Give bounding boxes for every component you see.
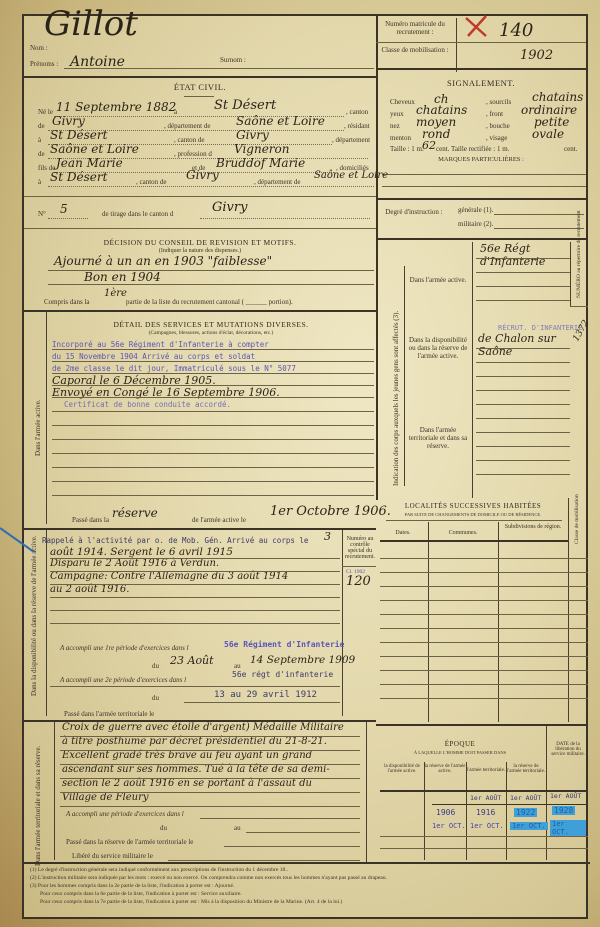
mere-value: Bruddof Marie xyxy=(216,156,305,170)
taille-rect-unit: cent. xyxy=(564,145,577,153)
localites-col-dates: Dates. xyxy=(378,530,428,536)
footnote-2: (2) L'instruction militaire sera indiqué… xyxy=(30,874,586,882)
libere-label: Libéré du service militaire le xyxy=(72,852,153,860)
taille-rect-label: cent. Taille rectifiée : 1 m. xyxy=(436,145,509,153)
services-side-label: Dans l'armée active. xyxy=(34,399,42,456)
dispo-label: Dans la disponibilité ou dans la réserve… xyxy=(406,336,470,360)
reserve-line5: au 2 août 1916. xyxy=(50,584,129,595)
cheveux-label: Cheveux xyxy=(390,98,415,106)
front-label: , front xyxy=(486,110,503,118)
periode1-au-label: au xyxy=(234,662,241,670)
departement2-label: , département xyxy=(332,136,370,144)
residence-value: St Désert xyxy=(50,128,107,142)
localites-col-subdivisions: Subdivisions de région. xyxy=(498,524,568,530)
epoque-territoriale-top: 1er AOÛT xyxy=(470,794,501,802)
visage-label: , visage xyxy=(486,134,507,142)
passe-reserve-value: réserve xyxy=(112,506,158,520)
conseil-line2: Bon en 1904 xyxy=(84,270,161,284)
surnom-label: Surnom : xyxy=(220,56,246,64)
epoque-reserve-terr-top: 1er AOÛT xyxy=(510,794,541,802)
compris-rest: partie de la liste du recrutement canton… xyxy=(126,298,293,306)
instruction-generale-label: générale (1). xyxy=(458,206,493,214)
tirage-no-label: N° xyxy=(38,210,46,218)
lieu-naissance-value: St Désert xyxy=(214,98,276,113)
a2-label: à xyxy=(38,136,41,144)
a-label: à xyxy=(174,108,177,116)
passe-reserve-rest: de l'armée active le xyxy=(192,516,246,524)
epoque-subtitle: À LAQUELLE L'HOMME DOIT PASSER DANS xyxy=(378,750,542,755)
domicile-value: St Désert xyxy=(50,170,107,184)
degre-instruction-label: Degré d'instruction : xyxy=(380,208,448,216)
passe-territoriale-label: Passé dans l'armée territoriale le xyxy=(64,710,154,718)
epoque-territoriale-year: 1916 xyxy=(476,808,495,817)
etat-civil-title: ÉTAT CIVIL. xyxy=(24,82,376,92)
bouche-label: , bouche xyxy=(486,122,510,130)
localites-title: LOCALITÉS SUCCESSIVES HABITÉES xyxy=(378,502,568,510)
canton-naissance-value: Givry xyxy=(52,114,85,128)
epoque-territoriale-bottom: 1er OCT. xyxy=(470,822,504,830)
epoque-date-year: 1928 xyxy=(552,806,575,815)
canton3-value: Givry xyxy=(186,168,219,182)
taille-label: Taille : 1 m. xyxy=(390,145,424,153)
periode2-dates: 13 au 29 avril 1912 xyxy=(214,690,317,700)
territoriale-line3: Excellent gradé très brave au feu ayant … xyxy=(62,750,312,761)
epoque-title: ÉPOQUE xyxy=(378,740,542,748)
footnote-5: Pour ceux compris dans la 7e partie de l… xyxy=(30,898,586,906)
departement3-label: , département de xyxy=(254,178,300,186)
services-line3: de 2me classe le dit jour, Immatriculé s… xyxy=(52,364,296,373)
localites-col-communes: Communes. xyxy=(428,530,498,536)
epoque-col-dispo: la disponibilité de l'armée active. xyxy=(380,764,424,774)
services-title: DÉTAIL DES SERVICES ET MUTATIONS DIVERSE… xyxy=(46,320,376,329)
conseil-title: DÉCISION DU CONSEIL DE REVISION ET MOTIF… xyxy=(24,238,376,247)
epoque-reserve-terr-year: 1922 xyxy=(514,808,537,817)
compris-label: Compris dans la xyxy=(44,298,90,306)
epoque-date-col-label: DATE de la libération du service militai… xyxy=(548,742,588,757)
dispo-value: de Chalon sur Saône xyxy=(478,332,586,358)
tirage-no-value: 5 xyxy=(60,202,68,216)
nom-value: Gillot xyxy=(44,4,138,44)
numero-value: 140 xyxy=(499,20,533,41)
reserve-side-label: Dans la disponibilité ou dans la réserve… xyxy=(30,535,38,696)
epoque-reserve-active-year: 1906 xyxy=(436,808,455,817)
residant-label: , résidant xyxy=(344,122,370,130)
footnotes: (1) Le degré d'instruction générale sera… xyxy=(30,866,586,906)
numero-label: Numéro matricule du recrutement : xyxy=(380,20,450,36)
departement-naissance-value: Saône et Loire xyxy=(236,114,325,128)
nez-label: nez xyxy=(390,122,400,130)
departement2-value: Saône et Loire xyxy=(50,142,139,156)
periode1-au-value: 14 Septembre 1909 xyxy=(250,654,355,666)
blue-ink-stroke xyxy=(0,526,40,556)
epoque-reserve-active-bottom: 1er OCT. xyxy=(432,822,466,830)
a3-label: à xyxy=(38,178,41,186)
footnote-1: (1) Le degré d'instruction générale sera… xyxy=(30,866,586,874)
rappel-day: 3 xyxy=(324,530,331,543)
periode2-label: A accompli une 2e période d'exercices da… xyxy=(60,676,186,684)
periode1-label: A accompli une 1re période d'exercices d… xyxy=(60,644,189,652)
canton2-value: Givry xyxy=(236,128,269,142)
menton-label: menton xyxy=(390,134,411,142)
services-line2: du 15 Novembre 1904 Arrivé au corps et s… xyxy=(52,352,255,361)
periode1-du-value: 23 Août xyxy=(170,654,214,667)
reserve-line3: Disparu le 2 Août 1916 à Verdun. xyxy=(50,558,219,569)
epoque-date-top: 1er AOÛT xyxy=(550,792,581,800)
departement3-value: Saône et Loire xyxy=(314,170,388,181)
territoriale-line4: ascendant sur ses hommes. Tué à la tête … xyxy=(62,764,330,775)
epoque-col-territoriale: l'armée territoriale. xyxy=(466,768,506,773)
services-subtitle: (Campagnes, blessures, actions d'éclat, … xyxy=(46,330,376,336)
footnote-3: (3) Pour les hommes compris dans la 2e p… xyxy=(30,882,586,890)
tirage-canton-value: Givry xyxy=(212,200,247,215)
epoque-col-reserve-active: la réserve de l'armée active. xyxy=(424,764,466,774)
epoque-reserve-terr-bottom: 1er OCT. xyxy=(510,822,548,830)
visage-value: ovale xyxy=(532,127,564,141)
dispo-stamp: RÉCRUT. D'INFANTERIE xyxy=(498,324,582,332)
classe-label: Classe de mobilisation : xyxy=(380,46,450,54)
epoque-col-reserve-territoriale: la réserve de l'armée territoriale. xyxy=(506,764,546,774)
active-label: Dans l'armée active. xyxy=(406,276,470,284)
red-cross-mark xyxy=(464,14,490,40)
compris-value: 1ère xyxy=(104,288,127,299)
territoriale-reserve-label: Passé dans la réserve de l'armée territo… xyxy=(66,838,193,846)
profession-label: , profession d xyxy=(174,150,212,158)
sourcils-label: , sourcils xyxy=(486,98,511,106)
nom-label: Nom : xyxy=(30,44,48,52)
taille-value: 62 xyxy=(422,139,436,152)
marques-label: MARQUES PARTICULIÈRES : xyxy=(376,156,586,163)
reserve-line2: août 1914. Sergent le 6 avril 1915 xyxy=(50,546,233,558)
periode2-du-label: du xyxy=(152,694,159,702)
profession-value: Vigneron xyxy=(234,142,290,156)
periode1-stamp: 56e Régiment d'Infanterie xyxy=(224,640,344,649)
localites-subtitle: PAR SUITE DE CHANGEMENTS DE DOMICILE OU … xyxy=(378,512,568,517)
territoriale-du-label: du xyxy=(160,824,167,832)
territoriale-label: Dans l'armée territoriale et dans sa rés… xyxy=(406,426,470,450)
reserve-line4: Campagne: Contre l'Allemagne du 3 août 1… xyxy=(50,571,288,582)
territoriale-line6: Village de Fleury xyxy=(62,792,149,803)
pere-value: Jean Marie xyxy=(56,156,123,170)
periode2-stamp: 56e régt d'infanterie xyxy=(232,670,333,679)
tirage-label: de tirage dans le canton d xyxy=(102,210,173,218)
sourcils-value: chatains xyxy=(532,90,583,104)
ne-le-value: 11 Septembre 1882 xyxy=(56,100,176,114)
ne-le-label: Né le xyxy=(38,108,53,116)
de-label: de xyxy=(38,122,45,130)
services-line6: Certificat de bonne conduite accordé. xyxy=(64,400,231,409)
affectation-side-label: Indication des corps auxquels les jeunes… xyxy=(392,311,400,486)
epoque-date-bottom: 1er OCT. xyxy=(550,820,586,836)
conseil-line1: Ajourné à un an en 1903 "faiblesse" xyxy=(54,254,272,268)
numero-controle-label: Numéro au contrôle spécial du recrutemen… xyxy=(344,536,376,560)
territoriale-periode-label: A accompli une période d'exercices dans … xyxy=(66,810,184,818)
yeux-label: yeux xyxy=(390,110,404,118)
de2-label: de xyxy=(38,150,45,158)
territoriale-line2: à titre posthume par décret présidentiel… xyxy=(62,736,327,747)
periode1-du-label: du xyxy=(152,662,159,670)
numero-controle-value: 120 xyxy=(346,574,371,589)
signalement-title: SIGNALEMENT. xyxy=(376,78,586,88)
canton2-label: , canton de xyxy=(174,136,205,144)
territoriale-line5: section le 2 août 1916 en se portant à l… xyxy=(62,778,312,789)
passe-reserve-date: 1er Octobre 1906. xyxy=(270,504,391,519)
classe-value: 1902 xyxy=(520,48,553,63)
passe-reserve-label: Passé dans la xyxy=(72,516,109,524)
footnote-4: Pour ceux compris dans la 6e partie de l… xyxy=(30,890,586,898)
military-register-sheet: Nom : Gillot Prénoms : Antoine Surnom : … xyxy=(22,14,588,919)
services-line1: Incorporé au 56e Régiment d'Infanterie à… xyxy=(52,340,269,349)
prenoms-label: Prénoms : xyxy=(30,60,58,68)
instruction-militaire-label: militaire (2). xyxy=(458,220,493,228)
rappel-stamp: Rappelé à l'activité par o. de Mob. Gén.… xyxy=(42,536,308,545)
canton-label: , canton xyxy=(346,108,368,116)
canton3-label: , canton de xyxy=(136,178,167,186)
territoriale-side-label: Dans l'armée territoriale et dans sa rés… xyxy=(34,746,42,866)
departement-label: , département de xyxy=(164,122,210,130)
affectation-right-strip: NUMÉRO au répertoire du recrutement xyxy=(576,210,582,298)
territoriale-line1: Croix de guerre avec étoile d'argent) Mé… xyxy=(62,722,344,733)
territoriale-au-label: au xyxy=(234,824,241,832)
localites-side-strip: Classe de mobilisation xyxy=(574,494,580,544)
